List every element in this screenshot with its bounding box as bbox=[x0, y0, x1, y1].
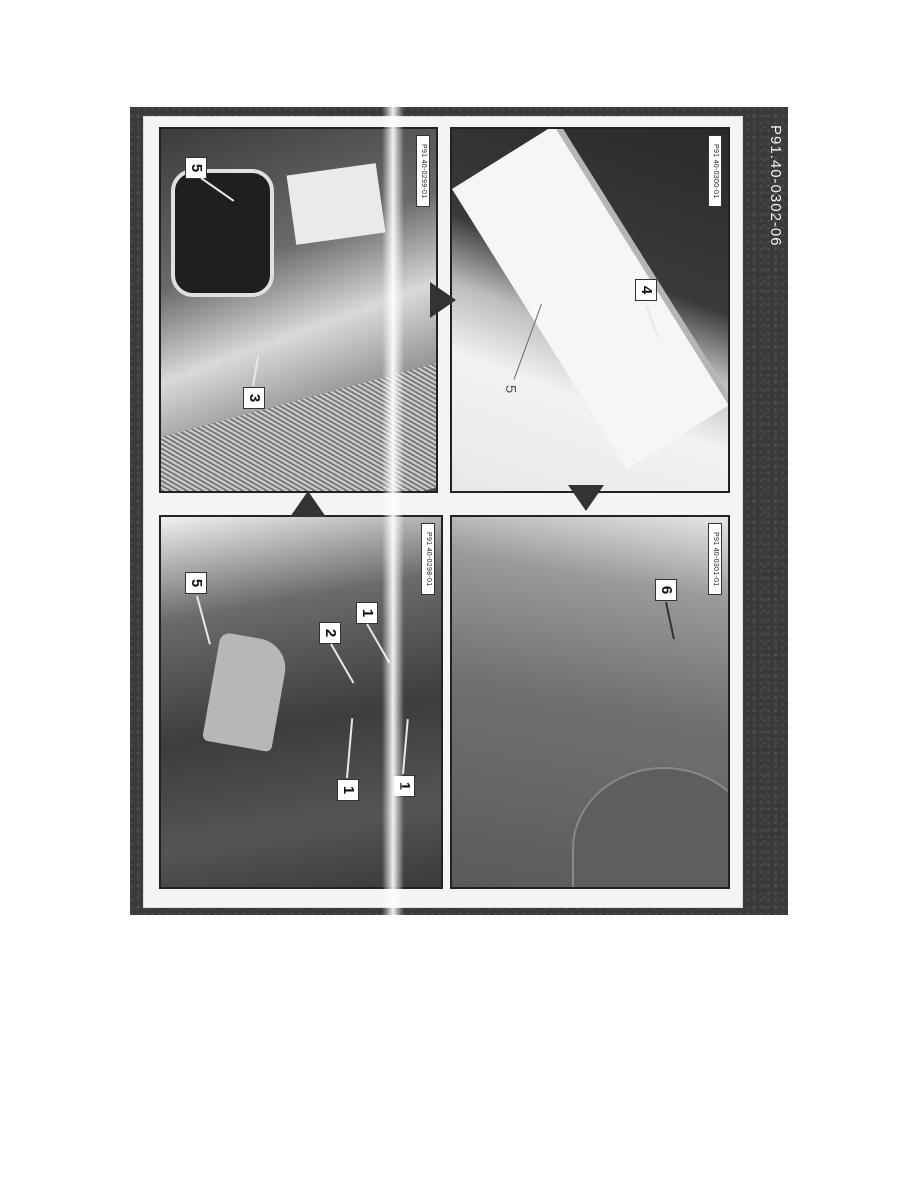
figure-frame: 5 3 P91 40-0299-01 4 5 P91 40-0300-01 5 … bbox=[143, 116, 743, 908]
leader-line bbox=[402, 719, 409, 774]
trim-cover bbox=[452, 127, 730, 469]
seat-cushion bbox=[572, 767, 730, 889]
leader-line bbox=[196, 596, 211, 645]
callout-1: 1 bbox=[393, 775, 415, 797]
arrow-up-icon bbox=[290, 491, 326, 517]
window-opening bbox=[171, 169, 274, 297]
callout-5: 5 bbox=[500, 379, 520, 399]
callout-2: 2 bbox=[319, 622, 341, 644]
scanned-figure: 5 3 P91 40-0299-01 4 5 P91 40-0300-01 5 … bbox=[130, 107, 788, 915]
callout-5: 5 bbox=[185, 157, 207, 179]
photo-id-label: P91 40-0300-01 bbox=[708, 135, 722, 207]
callout-3: 3 bbox=[243, 387, 265, 409]
trim-flap bbox=[202, 632, 290, 752]
bracket bbox=[287, 163, 386, 245]
arrow-down-icon bbox=[568, 485, 604, 511]
photo-id-label: P91 40-0298-01 bbox=[421, 523, 435, 595]
callout-1: 1 bbox=[356, 602, 378, 624]
leader-line bbox=[330, 644, 354, 684]
arrow-right-icon bbox=[430, 282, 456, 318]
carpet-surface bbox=[159, 357, 438, 493]
photo-bottom-left: 5 2 1 1 1 P91 40-0298-01 bbox=[159, 515, 443, 889]
leader-line bbox=[514, 304, 542, 380]
leader-line bbox=[665, 602, 675, 640]
callout-1: 1 bbox=[337, 779, 359, 801]
photo-id-label: P91 40-0299-01 bbox=[416, 135, 430, 207]
photo-bottom-right: 6 P91 40-0301-01 bbox=[450, 515, 730, 889]
callout-5: 5 bbox=[185, 572, 207, 594]
callout-6: 6 bbox=[655, 579, 677, 601]
photo-top-left: 5 3 P91 40-0299-01 bbox=[159, 127, 438, 493]
callout-4: 4 bbox=[635, 279, 657, 301]
leader-line bbox=[366, 624, 390, 664]
leader-line bbox=[346, 718, 353, 778]
leader-line bbox=[252, 356, 259, 386]
figure-number: P91.40-0302-06 bbox=[767, 125, 784, 247]
photo-id-label: P91 40-0301-01 bbox=[708, 523, 722, 595]
photo-top-right: 4 5 P91 40-0300-01 bbox=[450, 127, 730, 493]
